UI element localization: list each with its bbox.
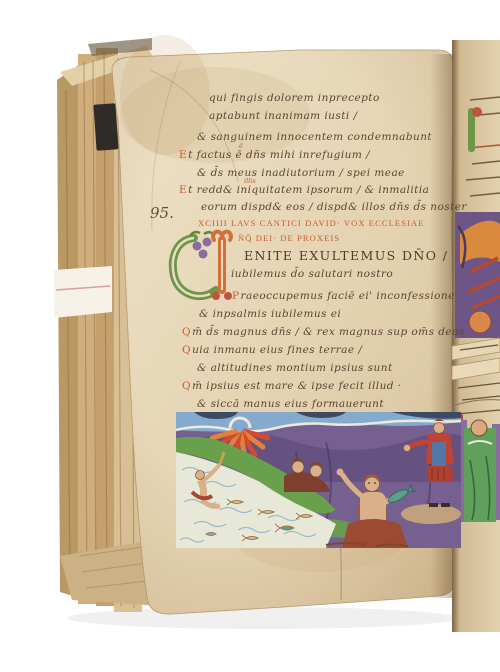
text-line: qui fingis dolorem inprecepto (208, 92, 380, 104)
line-text: t factus ē dn̄s mihi inrefugium / (188, 149, 370, 161)
incipit-line: ENITE EXULTEMUS DN̄O / (244, 248, 448, 263)
text-line: Praeoccupemus faciē ei' inconfessione (232, 290, 455, 302)
text-line: & inpsalmis iubilemus ei (198, 308, 341, 320)
line-text: & d̄s meus inadiutorium / spei meae (197, 167, 405, 179)
rubricated-initial: E (179, 149, 187, 161)
line-text: qui fingis dolorem inprecepto (209, 92, 380, 104)
text-line: & d̄s meus inadiutorium / spei meae (196, 167, 405, 179)
photo-of-manuscript: 95. qui fingis dolorem inprecepto aptabu… (0, 0, 500, 672)
text-line: eorum dispd& eos / dispd& illos dn̄s d̄s… (200, 201, 467, 213)
text-line: & siccā manus eius formauerunt (196, 398, 384, 410)
line-text: t redd& iniquitatem ipsorum / & inmaliti… (188, 184, 429, 196)
line-text: aptabunt inanimam iusti / (209, 110, 358, 122)
line-text: iubilemus d̄o salutari nostro (231, 268, 393, 280)
text-line: aptabunt inanimam iusti / (208, 110, 358, 122)
text-line: iubilemus d̄o salutari nostro (230, 268, 393, 280)
text-line: & altitudines montium ipsius sunt (196, 362, 393, 374)
text-line: Et factus ē dn̄s mihi inrefugium / (179, 149, 370, 161)
rubric-line-2: N̄Q̄ DEI· DE PROXEIS (238, 233, 340, 243)
interlinear-gloss: illis (244, 177, 256, 185)
stack-notch (54, 266, 112, 318)
rubric-line-1: XCIIII LAVS CANTICI DAVID· VOX ECCLESIAE (198, 218, 425, 228)
text-line: Qm̄ ipsius est mare & ipse fecit illud · (182, 380, 402, 392)
facing-miniature-fragment (455, 212, 500, 338)
miniature-sea-scene (176, 412, 461, 548)
text-line: Qm̄ d̄s magnus dn̄s / & rex magnus sup o… (182, 326, 465, 338)
text-line: & sanguinem innocentem condemnabunt (196, 131, 432, 143)
blue-tunic (432, 442, 446, 468)
line-text: & altitudines montium ipsius sunt (197, 362, 393, 374)
line-text: m̄ ipsius est mare & ipse fecit illud · (192, 380, 402, 392)
line-text: uia inmanu eius fines terrae / (192, 344, 362, 356)
line-text: & inpsalmis iubilemus ei (199, 308, 341, 320)
black-tab (93, 103, 118, 150)
rubricated-initial: E (179, 184, 187, 196)
text-line: Et redd& iniquitatem ipsorum / & inmalit… (179, 184, 429, 196)
text-line: Quia inmanu eius fines terrae / (182, 344, 362, 356)
rubricated-initial: Q (182, 344, 191, 356)
line-text: & siccā manus eius formauerunt (197, 398, 384, 410)
psalm-margin-number: 95. (150, 204, 174, 222)
line-text: eorum dispd& eos / dispd& illos dn̄s d̄s… (201, 201, 467, 213)
rubricated-initial: Q (182, 326, 191, 338)
interlinear-gloss: ē (239, 142, 243, 150)
line-text: raeoccupemus faciē ei' inconfessione (241, 290, 455, 302)
green-figure-fragment (459, 420, 500, 522)
rubricated-initial: Q (182, 380, 191, 392)
line-text: & sanguinem innocentem condemnabunt (197, 131, 432, 143)
line-text: m̄ d̄s magnus dn̄s / & rex magnus sup om… (192, 326, 465, 338)
decorated-initial-u (164, 228, 244, 306)
